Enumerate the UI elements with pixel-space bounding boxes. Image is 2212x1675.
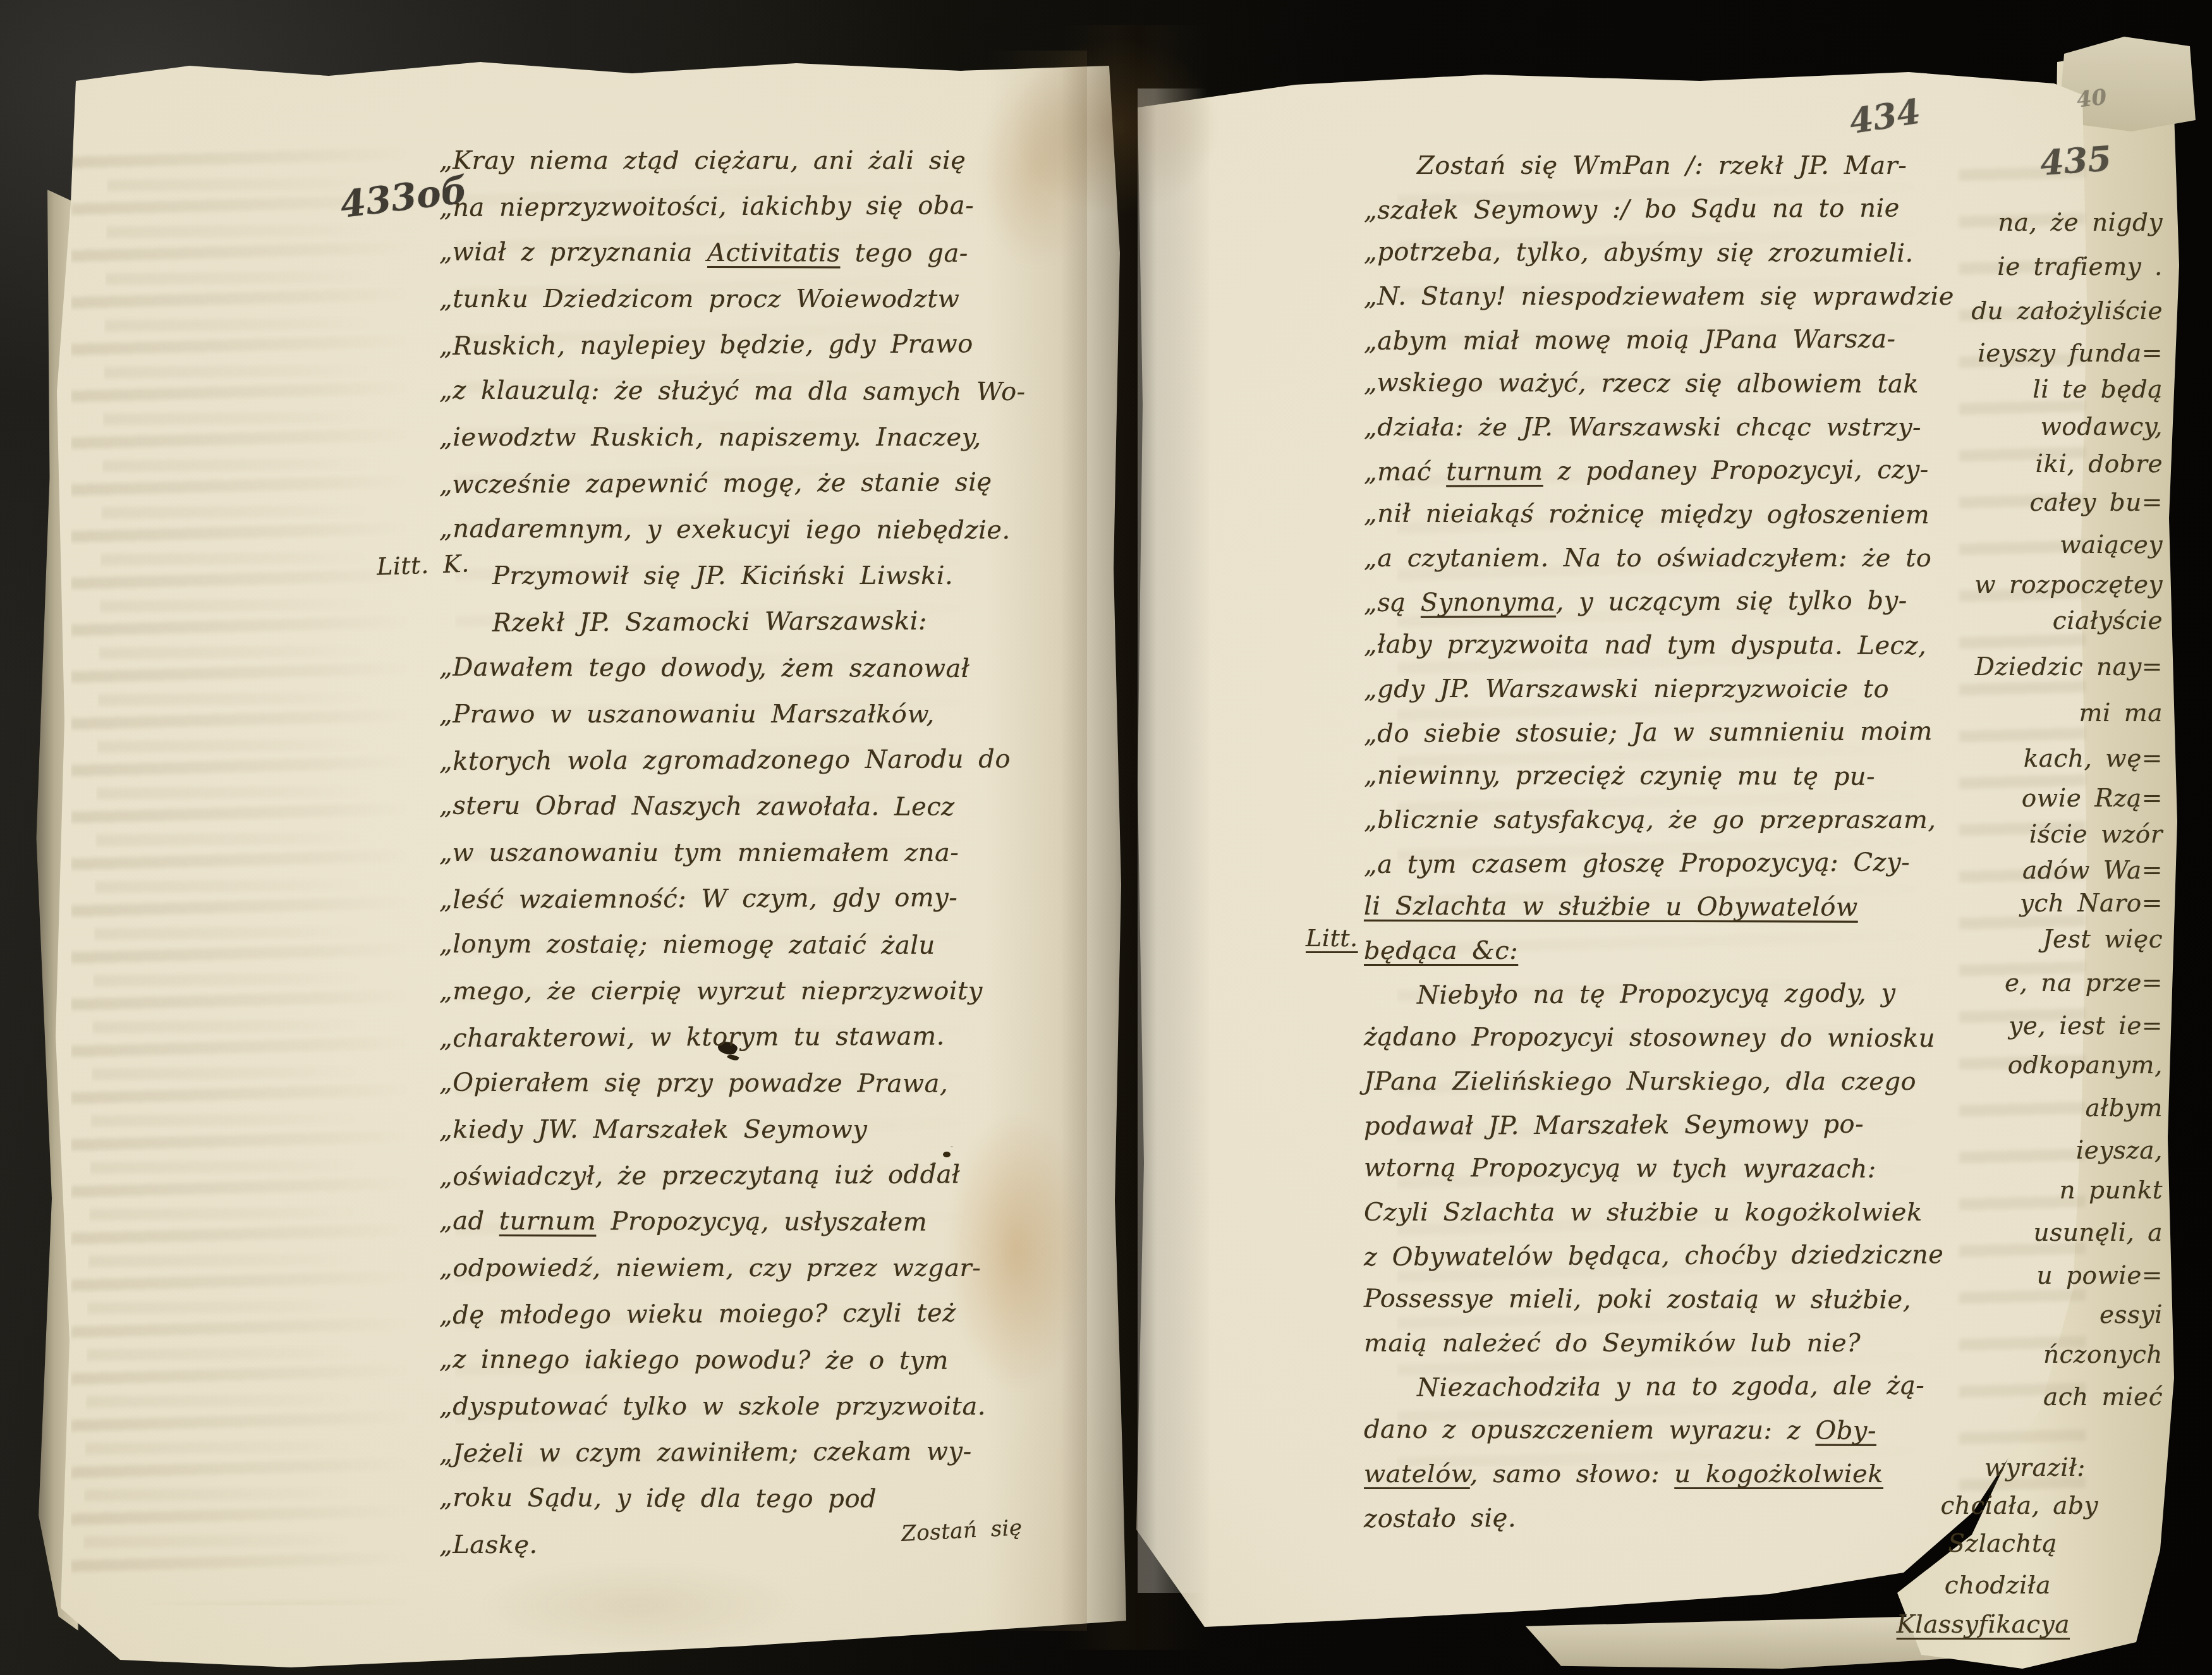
manuscript-line-fragment: owie Rzą=: [2022, 784, 2163, 813]
left-page-text: „Kray niema ztąd ciężaru, ani żali się„n…: [439, 138, 1021, 1568]
manuscript-line: zostało się.: [1364, 1495, 1996, 1541]
left-page: [0, 0, 1138, 1675]
right-page: [1131, 0, 2098, 1675]
manuscript-line: żądano Propozycyi stosowney do wniosku: [1364, 1016, 1996, 1061]
manuscript-line: „dę młodego wieku moiego? czyli też: [439, 1290, 1021, 1339]
manuscript-line: Niezachodziła y na to zgoda, ale żą-: [1364, 1364, 1996, 1410]
manuscript-line: „abym miał mowę moią JPana Warsza-: [1364, 317, 1996, 363]
manuscript-line-fragment: e, na prze=: [2005, 969, 2163, 997]
bleed-through-text: [82, 162, 379, 1582]
manuscript-line: „Prawo w uszanowaniu Marszałków,: [439, 691, 1021, 738]
manuscript-line: „leść wzaiemność: W czym, gdy omy-: [439, 875, 1021, 923]
manuscript-line: „Dawałem tego dowody, żem szanował: [439, 645, 1021, 692]
manuscript-line: „roku Sądu, y idę dla tego pod: [439, 1475, 1021, 1523]
manuscript-line: „oświadczył, że przeczytaną iuż oddał: [439, 1152, 1021, 1200]
manuscript-line: „nadaremnym, y exekucyi iego niebędzie.: [439, 506, 1021, 554]
bleed-through-text: [1959, 152, 2086, 1492]
manuscript-line: „lonym zostaię; niemogę zataić żalu: [439, 922, 1021, 969]
manuscript-line: „Opierałem się przy powadze Prawa,: [439, 1060, 1021, 1107]
manuscript-line: „tunku Dziedzicom procz Woiewodztw: [439, 276, 1021, 322]
page-stack-edge: [34, 190, 78, 1631]
manuscript-line: „z innego iakiego powodu? że o tym: [439, 1337, 1021, 1384]
manuscript-line: Czyli Szlachta w służbie u kogożkolwiek: [1364, 1191, 1996, 1234]
manuscript-line: „a czytaniem. Na to oświadczyłem: że to: [1364, 537, 1996, 580]
manuscript-line-fragment: ieyszy funda=: [1978, 339, 2163, 368]
gutter-top-stain: [1011, 38, 1220, 215]
manuscript-line: JPana Zielińskiego Nurskiego, dla czego: [1364, 1060, 1996, 1104]
manuscript-line: „kiedy JW. Marszałek Seymowy: [439, 1107, 1021, 1153]
manuscript-line-fragment: ałbym: [2086, 1094, 2163, 1123]
manuscript-line-fragment: ie trafiemy .: [1997, 253, 2163, 281]
manuscript-line: „w uszanowaniu tym mniemałem zna-: [439, 830, 1021, 876]
manuscript-line-fragment: du założyliście: [1971, 297, 2163, 326]
page-number-435: 435: [2039, 138, 2113, 183]
underlying-leaf-edge: [1517, 1616, 1959, 1669]
manuscript-line: Rzekł JP. Szamocki Warszawski:: [439, 598, 1021, 647]
manuscript-line-fragment: waiącey: [2060, 531, 2163, 559]
manuscript-line: „dysputować tylko w szkole przyzwoita.: [439, 1384, 1021, 1430]
manuscript-line: „a tym czasem głoszę Propozycyą: Czy-: [1364, 841, 1996, 887]
manuscript-line: „Ruskich, naylepiey będzie, gdy Prawo: [439, 321, 1021, 370]
manuscript-line: „potrzeba, tylko, abyśmy się zrozumieli.: [1364, 231, 1996, 276]
manuscript-line: „mego, że cierpię wyrzut nieprzyzwoity: [439, 968, 1021, 1014]
margin-note-litt: Litt.: [1306, 924, 1358, 952]
manuscript-line-fragment: chodziła: [1945, 1571, 2051, 1600]
next-page-435: [1871, 0, 2212, 1675]
manuscript-line-fragment: essyi: [2100, 1301, 2163, 1329]
manuscript-line: dano z opuszczeniem wyrazu: z Oby-: [1364, 1408, 1996, 1454]
manuscript-photo: 433об 434 435 40 Litt. K. Litt. „Kray ni…: [0, 0, 2212, 1675]
manuscript-line: będąca &c:: [1364, 929, 1996, 973]
manuscript-line: „Jeżeli w czym zawiniłem; czekam wy-: [439, 1428, 1021, 1477]
manuscript-line: „gdy JP. Warszawski nieprzyzwoicie to: [1364, 667, 1996, 711]
manuscript-line-fragment: kach, wę=: [2024, 745, 2163, 773]
manuscript-line-fragment: ciałyście: [2053, 607, 2163, 635]
manuscript-line: watelów, samo słowo: u kogożkolwiek: [1364, 1453, 1996, 1496]
manuscript-line: „szałek Seymowy :/ bo Sądu na to nie: [1364, 186, 1996, 233]
manuscript-line-fragment: Szlachtą: [1948, 1530, 2057, 1558]
manuscript-line-fragment: odkopanym,: [2008, 1051, 2163, 1080]
paper-stain: [947, 1112, 1086, 1391]
manuscript-line: „wcześnie zapewnić mogę, że stanie się: [439, 460, 1021, 508]
manuscript-line-fragment: iście wzór: [2029, 820, 2163, 849]
manuscript-line: „wiał z przyznania Activitatis tego ga-: [439, 229, 1021, 277]
manuscript-line: „nił nieiakąś rożnicę między ogłoszeniem: [1364, 492, 1996, 538]
manuscript-line: podawał JP. Marszałek Seymowy po-: [1364, 1102, 1996, 1148]
manuscript-line-fragment: usunęli, a: [2034, 1219, 2163, 1247]
manuscript-line-fragment: ach mieć: [2043, 1383, 2163, 1411]
manuscript-line-fragment: Klassyfikacya: [1897, 1611, 2070, 1639]
manuscript-line-fragment: ieysza,: [2076, 1136, 2163, 1165]
manuscript-line-fragment: mi ma: [2079, 699, 2163, 728]
ink-blot: [943, 1152, 951, 1157]
manuscript-line-fragment: u powie=: [2036, 1262, 2163, 1290]
ink-blot: [716, 1038, 739, 1057]
manuscript-line-fragment: li te będą: [2033, 375, 2163, 404]
next-page-top-edge: [2053, 37, 2196, 131]
manuscript-line: Przymowił się JP. Kiciński Liwski.: [439, 553, 1021, 599]
manuscript-line: „na nieprzyzwoitości, iakichby się oba-: [439, 183, 1021, 231]
manuscript-line-fragment: wyraził:: [1984, 1454, 2086, 1482]
manuscript-line: „mać turnum z podaney Propozycyi, czy-: [1364, 448, 1996, 494]
manuscript-line: „do siebie stosuie; Ja w sumnieniu moim: [1364, 710, 1996, 756]
manuscript-line: li Szlachta w służbie u Obywatelów: [1364, 885, 1996, 930]
manuscript-line: „ktorych wola zgromadzonego Narodu do: [439, 736, 1021, 785]
manuscript-line: „steru Obrad Naszych zawołała. Lecz: [439, 783, 1021, 831]
manuscript-line: Niebyło na tę Propozycyą zgody, y: [1364, 971, 1996, 1018]
manuscript-line: „Kray niema ztąd ciężaru, ani żali się: [439, 138, 1021, 184]
manuscript-line-fragment: na, że nigdy: [1998, 209, 2163, 237]
bleed-through-text: [455, 177, 992, 1492]
manuscript-line: Possessye mieli, poki zostaią w służbie,: [1364, 1277, 1996, 1323]
manuscript-line-fragment: chciała, aby: [1941, 1492, 2098, 1520]
page-number-434: 434: [1847, 91, 1923, 142]
paper-stain: [480, 1561, 796, 1650]
manuscript-line: z Obywatelów będąca, choćby dziedziczne: [1364, 1233, 1996, 1279]
manuscript-line: „ad turnum Propozycyą, usłyszałem: [439, 1198, 1021, 1246]
manuscript-line: „są Synonyma, y uczącym się tylko by-: [1364, 579, 1996, 625]
manuscript-line: „iewodztw Ruskich, napiszemy. Inaczey,: [439, 415, 1021, 461]
manuscript-line: „blicznie satysfakcyą, że go przepraszam…: [1364, 798, 1996, 842]
manuscript-line: „N. Stany! niespodziewałem się wprawdzie: [1364, 275, 1996, 319]
manuscript-line-fragment: ych Naro=: [2020, 889, 2163, 918]
next-page-edge-text: na, że nigdyie trafiemy .du założyliście…: [0, 0, 2212, 1675]
right-page-fold-highlight: [1138, 88, 1220, 1593]
margin-note-litt-k: Litt. K.: [376, 549, 470, 580]
top-edge-pencil-mark: 40: [2075, 85, 2108, 113]
paper-stain: [978, 76, 1092, 265]
bleed-through-text: [1397, 177, 1940, 1466]
catchword: Zostań się: [901, 1515, 1023, 1547]
manuscript-line-fragment: n punkt: [2059, 1176, 2163, 1205]
manuscript-line-fragment: Jest więc: [2043, 925, 2163, 954]
bleed-through-text: [71, 139, 412, 1605]
manuscript-line-fragment: w rozpoczętey: [1974, 571, 2163, 599]
manuscript-line: Zostań się WmPan /: rzekł JP. Mar-: [1364, 144, 1996, 188]
manuscript-line: „łaby przyzwoita nad tym dysputa. Lecz,: [1364, 623, 1996, 669]
right-page-text: Zostań się WmPan /: rzekł JP. Mar-„szałe…: [1364, 144, 1996, 1540]
manuscript-line-fragment: adów Wa=: [2022, 856, 2163, 885]
manuscript-line-fragment: całey bu=: [2029, 489, 2163, 517]
left-page-gutter-shading: [986, 51, 1087, 1631]
binding-gutter-shadow: [1060, 25, 1211, 1650]
manuscript-line: maią należeć do Seymików lub nie?: [1364, 1322, 1996, 1365]
manuscript-line-fragment: ye, iest ie=: [2008, 1012, 2163, 1040]
manuscript-line: „wskiego ważyć, rzecz się albowiem tak: [1364, 362, 1996, 407]
manuscript-line: „Laskę.: [439, 1522, 1021, 1568]
manuscript-line: wtorną Propozycyą w tych wyrazach:: [1364, 1147, 1996, 1192]
manuscript-line: „charakterowi, w ktorym tu stawam.: [439, 1013, 1021, 1062]
manuscript-line-fragment: iki, dobre: [2035, 450, 2163, 478]
manuscript-line-fragment: wodawcy,: [2040, 413, 2163, 441]
manuscript-line: „działa: że JP. Warszawski chcąc wstrzy-: [1364, 406, 1996, 449]
manuscript-line: „niewinny, przecięż czynię mu tę pu-: [1364, 754, 1996, 800]
manuscript-line: „odpowiedź, niewiem, czy przez wzgar-: [439, 1245, 1021, 1291]
manuscript-line-fragment: ńczonych: [2043, 1341, 2163, 1369]
archival-folio-mark: 433об: [338, 168, 470, 226]
manuscript-line-fragment: Dziedzic nay=: [1975, 653, 2163, 681]
manuscript-line: „z klauzulą: że służyć ma dla samych Wo-: [439, 368, 1021, 415]
